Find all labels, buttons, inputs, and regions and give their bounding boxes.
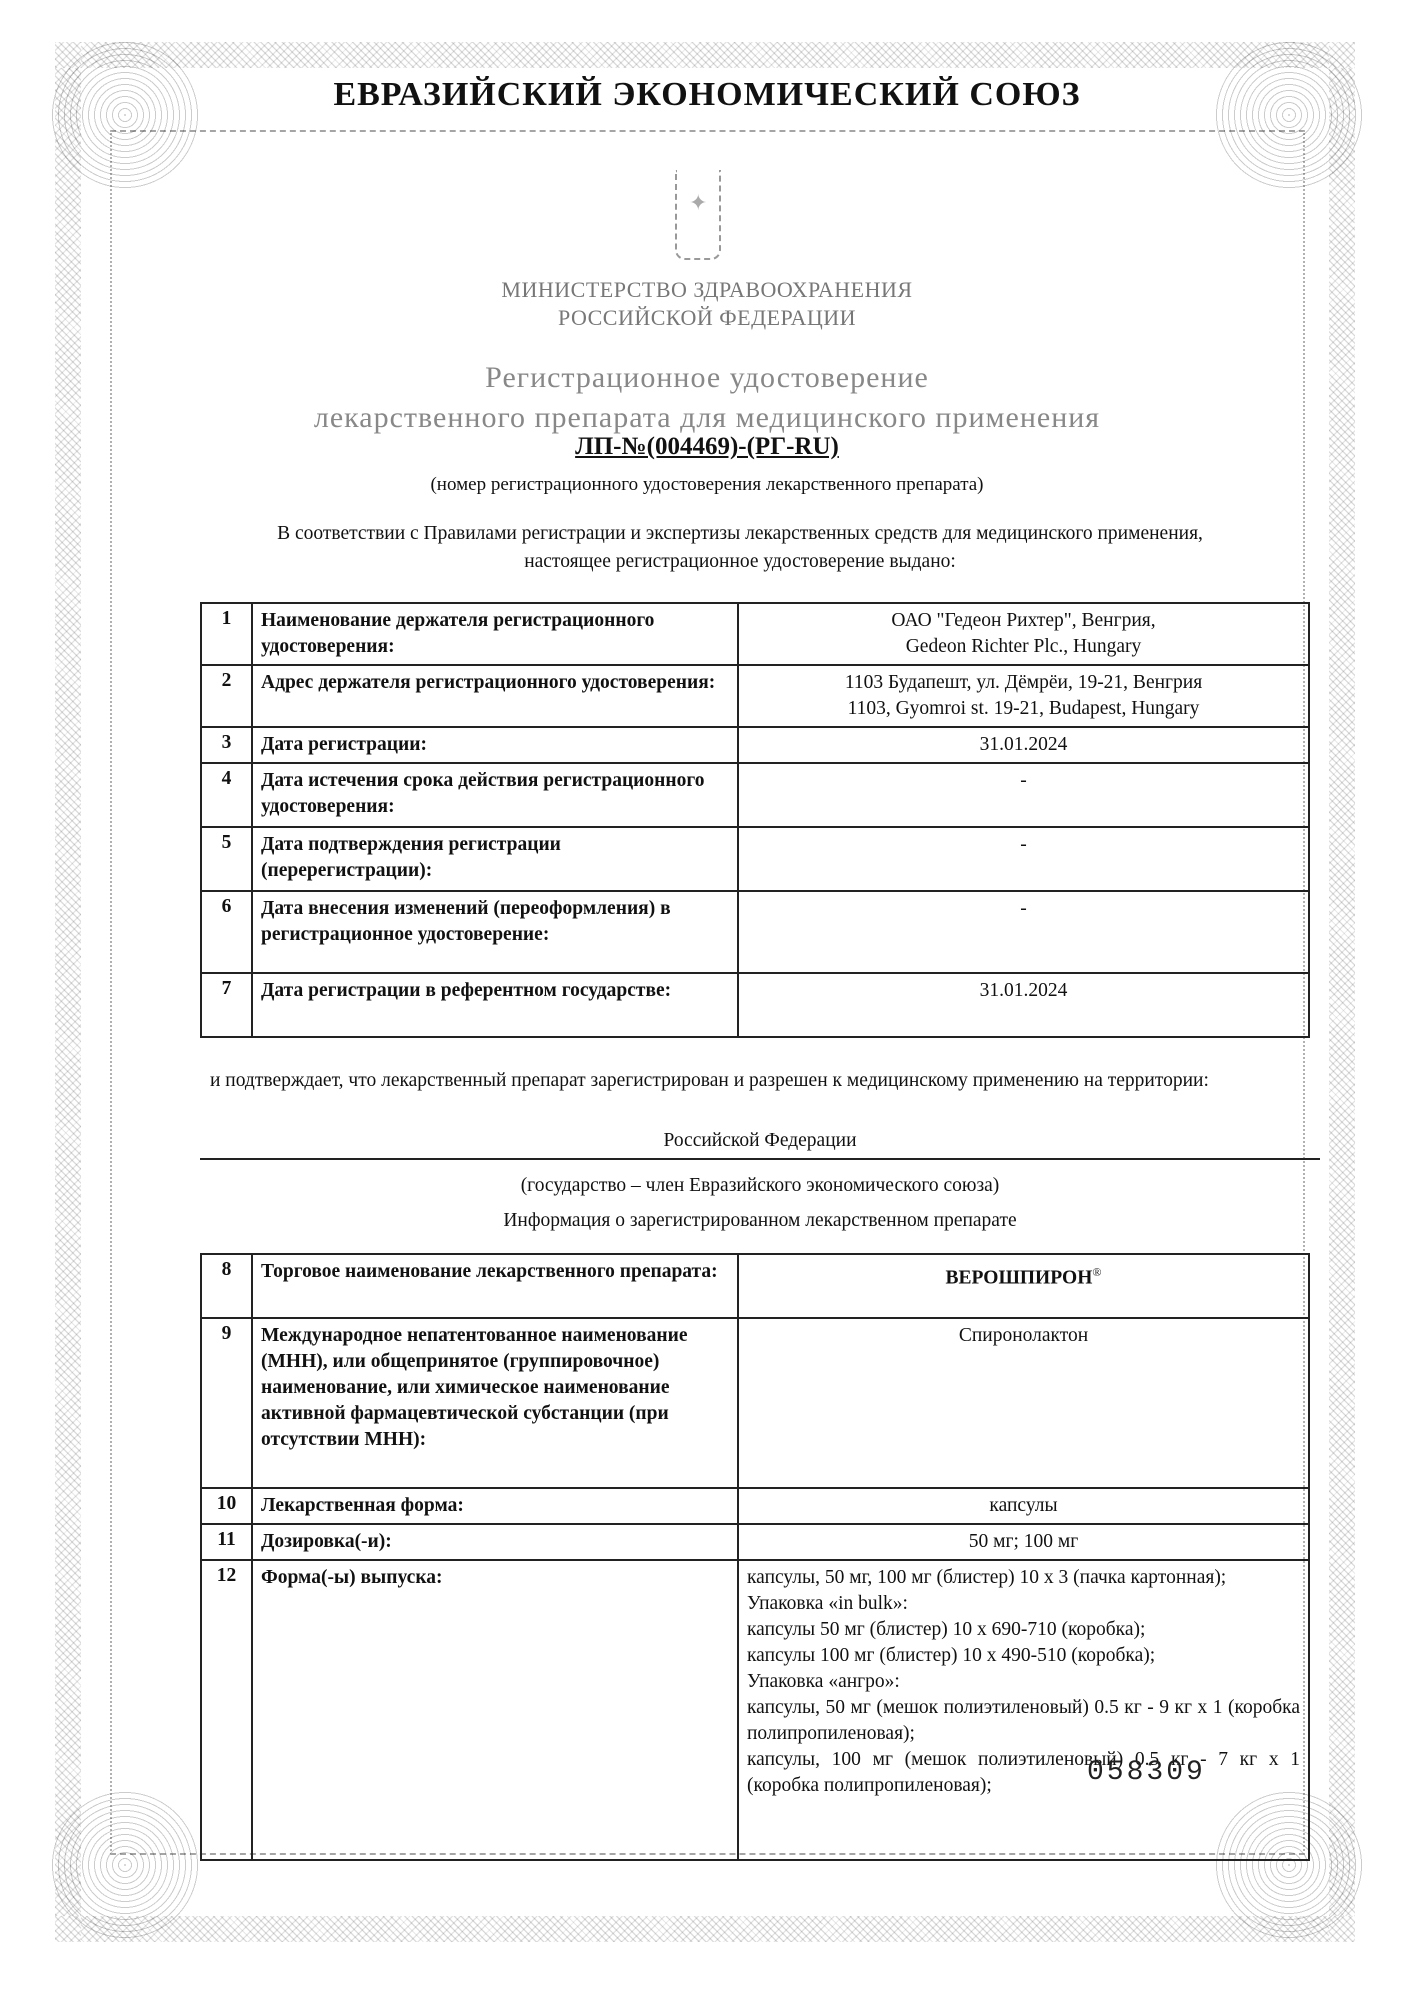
table-row: 7Дата регистрации в референтном государс… (201, 973, 1309, 1037)
value-line: ВЕРОШПИРОН (946, 1268, 1093, 1289)
union-title: ЕВРАЗИЙСКИЙ ЭКОНОМИЧЕСКИЙ СОЮЗ (0, 76, 1414, 114)
row-label: Лекарственная форма: (252, 1488, 738, 1524)
ministry-name: МИНИСТЕРСТВО ЗДРАВООХРАНЕНИЯ РОССИЙСКОЙ … (0, 276, 1414, 332)
row-number: 3 (201, 727, 252, 763)
value-line: 31.01.2024 (747, 732, 1300, 758)
row-value: капсулы, 50 мг, 100 мг (блистер) 10 x 3 … (738, 1560, 1309, 1860)
table-row: 8Торговое наименование лекарственного пр… (201, 1254, 1309, 1318)
intro-paragraph: В соответствии с Правилами регистрации и… (250, 520, 1230, 576)
table-row: 12Форма(-ы) выпуска:капсулы, 50 мг, 100 … (201, 1560, 1309, 1860)
row-number: 7 (201, 973, 252, 1037)
certificate-number-caption: (номер регистрационного удостоверения ле… (0, 474, 1414, 496)
value-line: капсулы 50 мг (блистер) 10 x 690-710 (ко… (747, 1617, 1300, 1643)
table-row: 11Дозировка(-и):50 мг; 100 мг (201, 1524, 1309, 1560)
value-line: капсулы, 50 мг (мешок полиэтиленовый) 0.… (747, 1695, 1300, 1747)
row-value: - (738, 891, 1309, 973)
value-line: - (747, 768, 1300, 794)
row-label: Дата подтверждения регистрации (перереги… (252, 827, 738, 891)
row-number: 4 (201, 763, 252, 827)
certificate-title-line-2: лекарственного препарата для медицинског… (0, 398, 1414, 438)
row-number: 10 (201, 1488, 252, 1524)
row-label: Форма(-ы) выпуска: (252, 1560, 738, 1860)
value-line: - (747, 832, 1300, 858)
table-row: 5Дата подтверждения регистрации (перерег… (201, 827, 1309, 891)
value-line: Упаковка «in bulk»: (747, 1591, 1300, 1617)
row-number: 5 (201, 827, 252, 891)
row-number: 8 (201, 1254, 252, 1318)
row-label: Дата регистрации: (252, 727, 738, 763)
row-number: 12 (201, 1560, 252, 1860)
row-value: 31.01.2024 (738, 973, 1309, 1037)
value-line: Упаковка «ангро»: (747, 1669, 1300, 1695)
value-line: капсулы, 50 мг, 100 мг (блистер) 10 x 3 … (747, 1565, 1300, 1591)
territory-name: Российской Федерации (200, 1130, 1320, 1160)
table-row: 10Лекарственная форма:капсулы (201, 1488, 1309, 1524)
row-label: Наименование держателя регистрационного … (252, 603, 738, 665)
row-label: Торговое наименование лекарственного пре… (252, 1254, 738, 1318)
table-row: 1Наименование держателя регистрационного… (201, 603, 1309, 665)
row-label: Дата регистрации в референтном государст… (252, 973, 738, 1037)
row-label: Дата истечения срока действия регистраци… (252, 763, 738, 827)
certificate-title: Регистрационное удостоверение лекарствен… (0, 358, 1414, 438)
value-line: капсулы 100 мг (блистер) 10 x 490-510 (к… (747, 1643, 1300, 1669)
certificate-title-line-1: Регистрационное удостоверение (0, 358, 1414, 398)
serial-number: 058309 (1087, 1757, 1206, 1788)
value-line: 1103, Gyomroi st. 19-21, Budapest, Hunga… (747, 696, 1300, 722)
row-number: 11 (201, 1524, 252, 1560)
value-line: 1103 Будапешт, ул. Дёмрёи, 19-21, Венгри… (747, 670, 1300, 696)
row-value: ОАО "Гедеон Рихтер", Венгрия,Gedeon Rich… (738, 603, 1309, 665)
row-value: 50 мг; 100 мг (738, 1524, 1309, 1560)
row-number: 9 (201, 1318, 252, 1488)
table-row: 3Дата регистрации:31.01.2024 (201, 727, 1309, 763)
value-line: Спиронолактон (747, 1323, 1300, 1349)
row-label: Дата внесения изменений (переоформления)… (252, 891, 738, 973)
ministry-line-1: МИНИСТЕРСТВО ЗДРАВООХРАНЕНИЯ (0, 276, 1414, 304)
value-line: 31.01.2024 (747, 978, 1300, 1004)
row-value: 31.01.2024 (738, 727, 1309, 763)
row-value: - (738, 763, 1309, 827)
row-value: Спиронолактон (738, 1318, 1309, 1488)
value-line: ОАО "Гедеон Рихтер", Венгрия, (747, 608, 1300, 634)
table-row: 6Дата внесения изменений (переоформления… (201, 891, 1309, 973)
row-label: Международное непатентованное наименован… (252, 1318, 738, 1488)
row-label: Адрес держателя регистрационного удостов… (252, 665, 738, 727)
row-label: Дозировка(-и): (252, 1524, 738, 1560)
ministry-line-2: РОССИЙСКОЙ ФЕДЕРАЦИИ (0, 304, 1414, 332)
certificate-number: ЛП-№(004469)-(РГ-RU) (0, 433, 1414, 461)
registered-trademark-icon: ® (1092, 1265, 1101, 1279)
row-number: 1 (201, 603, 252, 665)
coat-of-arms-icon: ✦ (675, 170, 721, 260)
product-info-heading: Информация о зарегистрированном лекарств… (200, 1210, 1320, 1232)
table-row: 9Международное непатентованное наименова… (201, 1318, 1309, 1488)
eagle-icon: ✦ (689, 190, 707, 216)
row-value: - (738, 827, 1309, 891)
territory-caption: (государство – член Евразийского экономи… (200, 1175, 1320, 1197)
value-line: - (747, 896, 1300, 922)
row-number: 2 (201, 665, 252, 727)
value-line: капсулы, 100 мг (мешок полиэтиленовый) 0… (747, 1747, 1300, 1799)
table-row: 2Адрес держателя регистрационного удосто… (201, 665, 1309, 727)
value-line: 50 мг; 100 мг (747, 1529, 1300, 1555)
value-line: капсулы (747, 1493, 1300, 1519)
table-row: 4Дата истечения срока действия регистрац… (201, 763, 1309, 827)
row-number: 6 (201, 891, 252, 973)
holder-info-table: 1Наименование держателя регистрационного… (200, 602, 1310, 1038)
value-line: Gedeon Richter Plc., Hungary (747, 634, 1300, 660)
row-value: ВЕРОШПИРОН® (738, 1254, 1309, 1318)
confirmation-text: и подтверждает, что лекарственный препар… (210, 1068, 1330, 1094)
row-value: 1103 Будапешт, ул. Дёмрёи, 19-21, Венгри… (738, 665, 1309, 727)
row-value: капсулы (738, 1488, 1309, 1524)
